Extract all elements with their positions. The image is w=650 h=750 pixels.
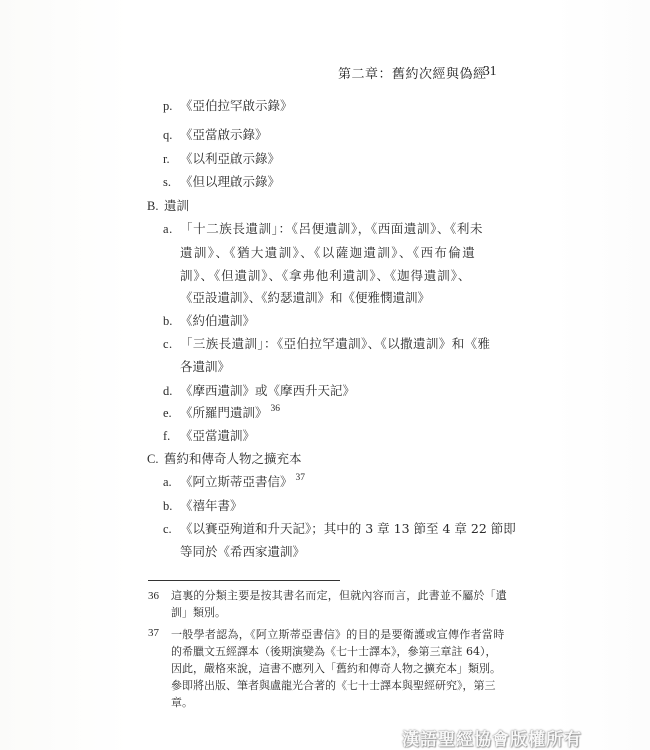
- footnote-number: 37: [148, 625, 159, 642]
- list-item: b.《禧年書》: [163, 498, 243, 514]
- list-item: a.「十二族長遺訓」：《呂便遺訓》，《西面遺訓》、《利未: [163, 221, 483, 237]
- section-heading: C.舊約和傳奇人物之擴充本: [147, 451, 302, 467]
- list-item: e.《所羅門遺訓》36: [163, 405, 280, 423]
- copyright-watermark: 漢語聖經協會版權所有: [402, 725, 582, 750]
- running-header: 第二章：舊約次經與偽經 31: [338, 63, 487, 82]
- list-item-continuation: 各遺訓》: [180, 359, 230, 375]
- list-item: d.《摩西遺訓》或《摩西升天記》: [163, 383, 355, 399]
- section-heading: B.遺訓: [147, 198, 189, 214]
- list-item: b.《約伯遺訓》: [163, 313, 255, 329]
- list-item-continuation: 《亞設遺訓》、《約瑟遺訓》和《便雅憫遺訓》: [180, 290, 430, 306]
- list-item-continuation: 訓》、《但遺訓》、《拿弗他利遺訓》、《迦得遺訓》、: [180, 268, 471, 284]
- list-item: p.《亞伯拉罕啟示錄》: [163, 98, 293, 114]
- footnote-divider: [148, 580, 340, 581]
- list-item: q.《亞當啟示錄》: [163, 127, 268, 143]
- chapter-title: 第二章：舊約次經與偽經: [338, 63, 487, 82]
- list-item: c.「三族長遺訓」：《亞伯拉罕遺訓》、《以撒遺訓》和《雅: [163, 336, 490, 352]
- list-item: c.《以賽亞殉道和升天記》；其中的 3 章 13 節至 4 章 22 節即: [163, 521, 516, 537]
- list-item: f.《亞當遺訓》: [163, 428, 255, 444]
- footnote-ref[interactable]: 37: [296, 473, 306, 483]
- list-item: r.《以利亞啟示錄》: [163, 151, 280, 167]
- list-item: s.《但以理啟示錄》: [163, 174, 280, 190]
- list-item-continuation: 等同於《希西家遺訓》: [180, 544, 305, 560]
- footnote-number: 36: [148, 588, 159, 605]
- page-number: 31: [483, 63, 497, 79]
- list-item: a.《阿立斯蒂亞書信》37: [163, 474, 305, 492]
- footnote-ref[interactable]: 36: [271, 404, 281, 414]
- list-item-continuation: 遺訓》、《猶大遺訓》、《以薩迦遺訓》、《西布倫遺: [180, 245, 476, 261]
